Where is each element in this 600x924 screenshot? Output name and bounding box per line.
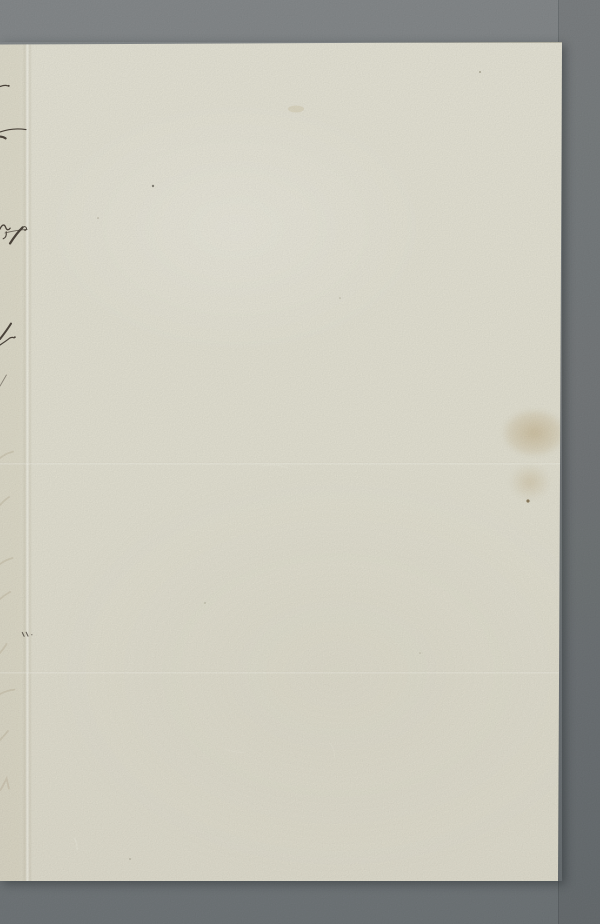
speck <box>129 858 131 860</box>
handwriting-fragment <box>0 137 6 139</box>
ditto-mark <box>26 632 28 636</box>
handwriting-fragment <box>0 129 26 132</box>
handwriting-fragment <box>8 85 10 87</box>
bleedthrough-stroke <box>0 452 13 458</box>
handwriting-fragment <box>0 324 11 339</box>
scratch <box>74 838 77 850</box>
handwriting-fragment <box>0 337 14 345</box>
scan-background <box>0 0 600 924</box>
speck <box>339 297 341 299</box>
backing-edge <box>558 0 600 924</box>
ditto-mark <box>31 634 32 635</box>
bleedthrough-stroke <box>0 497 9 505</box>
paper-scratches <box>74 150 335 850</box>
scratch <box>330 743 335 759</box>
speck <box>526 499 529 502</box>
speck <box>97 217 99 219</box>
ditto-mark <box>22 633 24 637</box>
handwriting-fragment <box>0 375 6 386</box>
ink-marks-layer <box>0 43 562 881</box>
scratch <box>262 465 288 468</box>
bleedthrough-stroke <box>0 644 7 653</box>
speck <box>204 602 206 604</box>
handwriting-fragment <box>14 336 16 338</box>
speck <box>479 71 481 73</box>
bleedthrough-stroke <box>1 779 9 790</box>
document-page <box>0 42 562 881</box>
handwriting-fragments <box>0 85 33 636</box>
scratch <box>225 749 245 752</box>
handwriting-fragment <box>0 225 10 230</box>
bleedthrough-stroke <box>0 690 15 694</box>
document-page-shadow <box>0 42 562 881</box>
bleedthrough-stroke <box>0 592 10 599</box>
paper-specks <box>97 71 529 860</box>
handwriting-fragment <box>0 85 8 86</box>
bleedthrough-fragments <box>0 452 15 790</box>
bleedthrough-stroke <box>0 731 8 740</box>
speck <box>152 185 154 187</box>
smudge <box>288 106 304 113</box>
speck <box>419 652 421 654</box>
scratch <box>150 150 166 153</box>
bleedthrough-stroke <box>0 558 13 564</box>
